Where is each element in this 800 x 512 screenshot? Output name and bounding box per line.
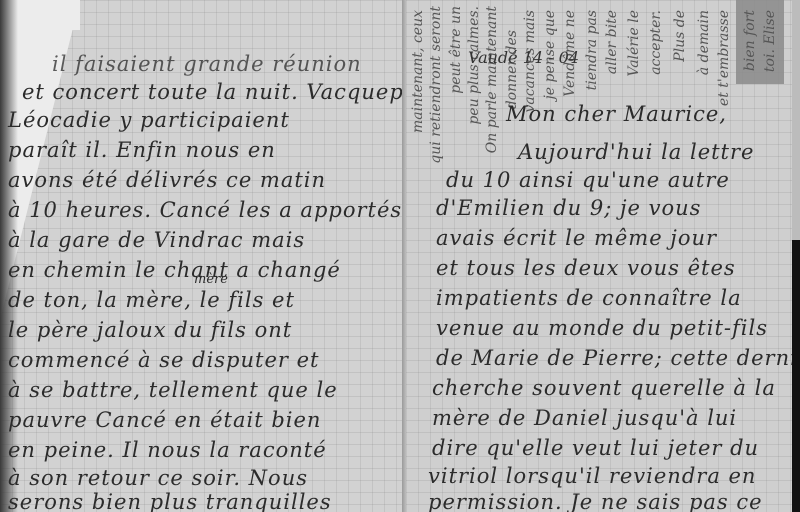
text-line: en chemin le chant a changé: [8, 258, 341, 282]
text-line: venue au monde du petit-fils: [436, 316, 768, 340]
margin-note-vertical: à demain: [696, 10, 712, 75]
page-edge: [792, 0, 800, 240]
text-line: dire qu'elle veut lui jeter du: [432, 436, 759, 460]
text-line: avais écrit le même jour: [436, 226, 717, 250]
text-line: serons bien plus tranquilles: [8, 490, 332, 512]
text-line: en peine. Il nous la raconté: [8, 438, 327, 462]
margin-note-vertical: Plus de: [672, 10, 688, 62]
letter-spread: il faisaient grande réunion et concert t…: [0, 0, 800, 512]
text-line: de ton, la mère, le fils et: [8, 288, 295, 312]
margin-note-vertical: qui retiendront seront: [428, 6, 444, 164]
text-line: pauvre Cancé en était bien: [8, 408, 321, 432]
text-line: avons été délivrés ce matin: [8, 168, 326, 192]
text-line-content: de ton, la mère, le fils et: [8, 288, 295, 312]
text-line: à son retour ce soir. Nous: [8, 466, 308, 490]
margin-note-vertical: tiendra pas: [584, 10, 600, 90]
left-page: il faisaient grande réunion et concert t…: [0, 0, 406, 512]
background-edge: [792, 240, 800, 512]
text-line: Léocadie y participaient: [8, 108, 290, 132]
margin-note-vertical: accepter.: [648, 10, 664, 75]
text-line: commencé à se disputer et: [8, 348, 319, 372]
margin-note-vertical: donner des: [504, 30, 520, 109]
margin-note-vertical: bien fort: [742, 10, 758, 71]
text-line: vitriol lorsqu'il reviendra en: [428, 464, 756, 488]
text-line: permission. Je ne sais pas ce: [428, 490, 763, 512]
text-line: du 10 ainsi qu'une autre: [446, 168, 730, 192]
inserted-word: mère: [194, 272, 228, 287]
date-header: Vaudé 14 - 04: [468, 48, 579, 67]
text-line: de Marie de Pierre; cette dernière: [436, 346, 792, 370]
margin-note-vertical: toi. Elise: [762, 10, 778, 72]
text-line: mère de Daniel jusqu'à lui: [432, 406, 737, 430]
page-edge-shadow: [0, 0, 18, 512]
text-line: cherche souvent querelle à la: [432, 376, 776, 400]
text-line: impatients de connaître la: [436, 286, 742, 310]
margin-note-vertical: peut être un: [448, 6, 464, 94]
right-page: maintenant, ceux qui retiendront seront …: [406, 0, 792, 512]
text-line: à la gare de Vindrac mais: [8, 228, 305, 252]
text-line: à se battre, tellement que le: [8, 378, 338, 402]
text-line: et concert toute la nuit. Vacquepuit: [22, 80, 406, 104]
margin-note-vertical: On parle maintenant: [484, 6, 500, 153]
margin-note-vertical: aller bite: [604, 10, 620, 74]
text-line: paraît il. Enfin nous en: [8, 138, 276, 162]
margin-note-vertical: Valérie le: [626, 10, 642, 77]
text-line: il faisaient grande réunion: [52, 52, 362, 76]
salutation: Mon cher Maurice,: [506, 102, 727, 126]
text-line: le père jaloux du fils ont: [8, 318, 292, 342]
text-line: Aujourd'hui la lettre: [518, 140, 754, 164]
text-line: à 10 heures. Cancé les a apportés: [8, 198, 402, 222]
margin-note-vertical: maintenant, ceux: [410, 10, 426, 133]
margin-note-vertical: et t'embrasse: [716, 10, 732, 106]
text-line: et tous les deux vous êtes: [436, 256, 736, 280]
text-line: d'Emilien du 9; je vous: [436, 196, 701, 220]
